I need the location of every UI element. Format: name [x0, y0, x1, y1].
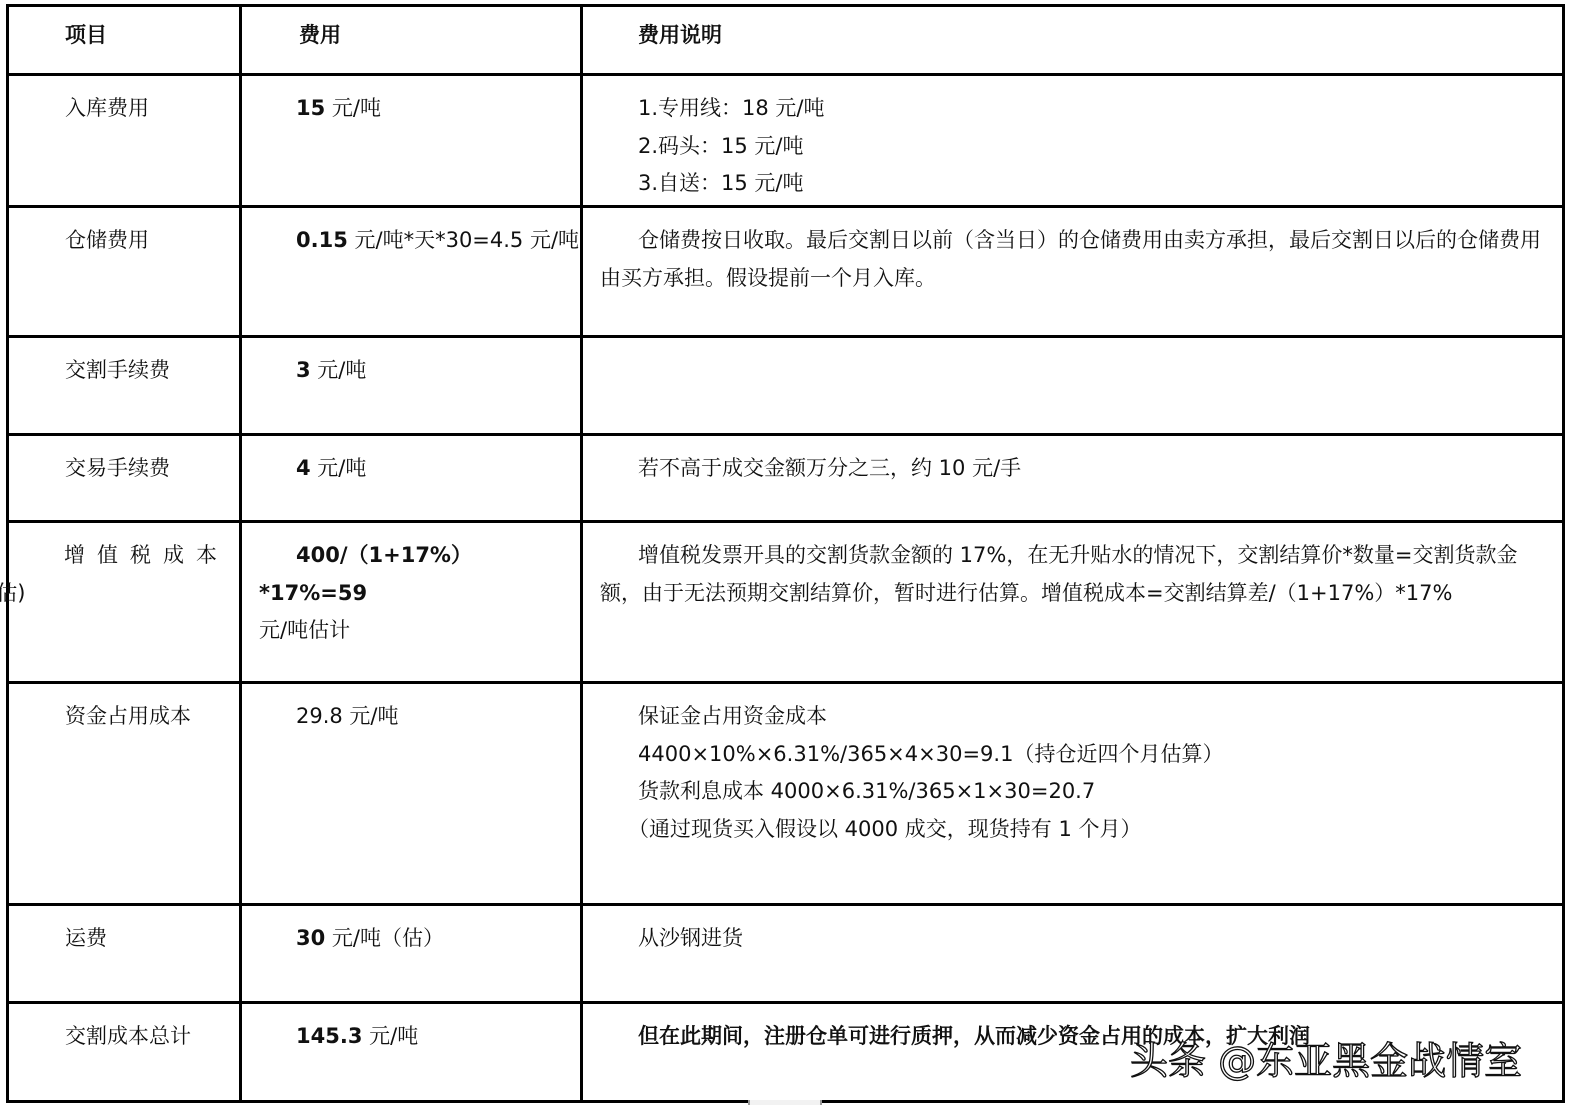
- table-row: 运费 30 元/吨（估） 从沙钢进货: [8, 905, 1564, 1003]
- row-cost: 4 元/吨: [242, 436, 580, 488]
- row-cost: 30 元/吨（估）: [242, 906, 580, 958]
- scrollbar-fragment[interactable]: [748, 1100, 822, 1105]
- row-note: 若不高于成交金额万分之三，约 10 元/手: [583, 436, 1562, 488]
- table-row: 资金占用成本 29.8 元/吨 保证金占用资金成本 4400×10%×6.31%…: [8, 683, 1564, 905]
- header-item: 项目: [8, 6, 241, 75]
- row-cost: 3 元/吨: [242, 338, 580, 390]
- row-note: 从沙钢进货: [583, 906, 1562, 958]
- row-cost: 145.3 元/吨: [242, 1004, 580, 1056]
- row-item: 增值税成本(估): [9, 523, 239, 612]
- table-row: 入库费用 15 元/吨 1.专用线：18 元/吨 2.码头：15 元/吨 3.自…: [8, 75, 1564, 207]
- table-row: 增值税成本(估) 400/（1+17%）*17%=59元/吨估计 增值税发票开具…: [8, 522, 1564, 683]
- table-header-row: 项目 费用 费用说明: [8, 6, 1564, 75]
- row-item: 入库费用: [9, 76, 239, 128]
- row-item: 交割手续费: [9, 338, 239, 390]
- row-note: 1.专用线：18 元/吨 2.码头：15 元/吨 3.自送：15 元/吨: [583, 76, 1562, 203]
- row-item: 仓储费用: [9, 208, 239, 260]
- table-row: 交易手续费 4 元/吨 若不高于成交金额万分之三，约 10 元/手: [8, 435, 1564, 522]
- row-cost: 29.8 元/吨: [242, 684, 580, 736]
- header-note: 费用说明: [582, 6, 1564, 75]
- delivery-cost-table: 项目 费用 费用说明 入库费用 15 元/吨 1.专用线：18 元/吨 2.码头…: [6, 4, 1565, 1103]
- watermark-text: 头条 @东亚黑金战情室: [1130, 1030, 1522, 1085]
- row-note: [583, 338, 1562, 352]
- row-item: 交割成本总计: [9, 1004, 239, 1056]
- row-item: 运费: [9, 906, 239, 958]
- row-cost: 400/（1+17%）*17%=59元/吨估计: [242, 523, 580, 650]
- row-note: 保证金占用资金成本 4400×10%×6.31%/365×4×30=9.1（持仓…: [583, 684, 1562, 848]
- row-note: 增值税发票开具的交割货款金额的 17%，在无升贴水的情况下，交割结算价*数量=交…: [583, 523, 1562, 612]
- table-row: 交割手续费 3 元/吨: [8, 337, 1564, 435]
- row-note: 仓储费按日收取。最后交割日以前（含当日）的仓储费用由卖方承担，最后交割日以后的仓…: [583, 208, 1562, 297]
- row-cost: 15 元/吨: [242, 76, 580, 128]
- row-item: 资金占用成本: [9, 684, 239, 736]
- header-cost: 费用: [241, 6, 582, 75]
- row-item: 交易手续费: [9, 436, 239, 488]
- table-row: 仓储费用 0.15 元/吨*天*30=4.5 元/吨 仓储费按日收取。最后交割日…: [8, 207, 1564, 337]
- row-cost: 0.15 元/吨*天*30=4.5 元/吨: [242, 208, 580, 260]
